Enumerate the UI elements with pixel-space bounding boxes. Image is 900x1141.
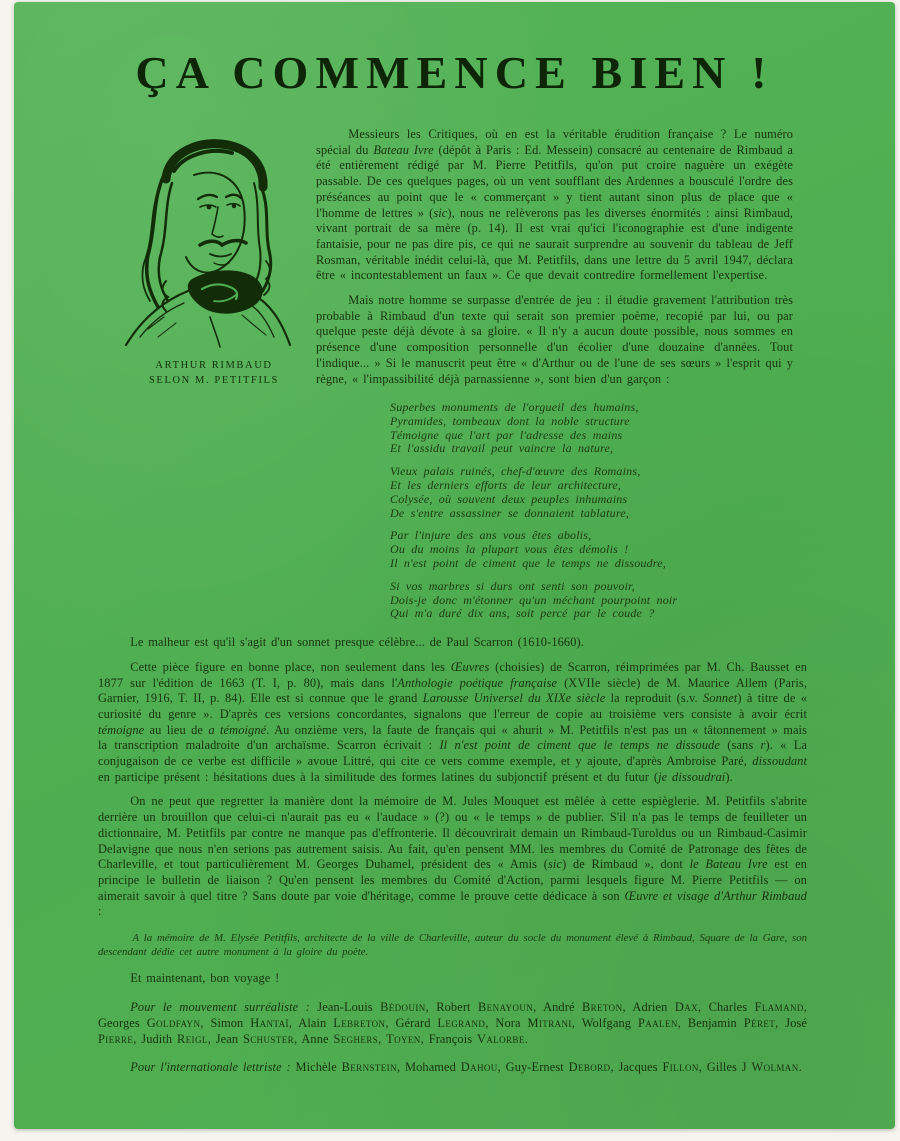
signatory-name: Debord — [569, 1060, 611, 1074]
signatory-name: Hantaï — [250, 1016, 289, 1030]
signatory-name: Goldfayn — [147, 1016, 201, 1030]
poem-stanza-1: Superbes monuments de l'orgueil des huma… — [390, 401, 807, 456]
paragraph-critiques: Messieurs les Critiques, où en est la vé… — [316, 127, 793, 284]
signatory-name: Dax — [675, 1000, 698, 1014]
paragraph-bon-voyage: Et maintenant, bon voyage ! — [98, 971, 807, 987]
emphasized-text: Larousse Universel du XIXe siècle — [423, 691, 606, 705]
emphasized-text: je dissoudrai — [658, 770, 725, 784]
signatory-name: Benayoun — [478, 1000, 533, 1014]
signatory-name: Paalen — [638, 1016, 678, 1030]
portrait-caption: ARTHUR RIMBAUD SELON M. PETITFILS — [114, 358, 314, 388]
signatory-name: Bédouin — [380, 1000, 426, 1014]
emphasized-text: Il n'est point de ciment que le temps ne… — [439, 738, 720, 752]
signatory-name: Flamand — [755, 1000, 804, 1014]
intro-section: ARTHUR RIMBAUD SELON M. PETITFILS Messie… — [98, 125, 807, 388]
poem-line: Dois-je donc m'étonner qu'un méchant pou… — [390, 594, 807, 608]
signatory-name: Breton — [582, 1000, 623, 1014]
emphasized-text: Pour l'internationale lettriste : — [130, 1060, 290, 1074]
emphasized-text: Œuvre et visage d'Arthur Rimbaud — [625, 889, 807, 903]
poem-line: Et l'assidu travail peut vaincre la natu… — [390, 442, 807, 456]
page-content: ARTHUR RIMBAUD SELON M. PETITFILS Messie… — [98, 125, 807, 1076]
poem-line: Ou du moins la plupart vous êtes démolis… — [390, 543, 807, 557]
emphasized-text: sic — [433, 206, 447, 220]
paragraph-attribution: Mais notre homme se surpasse d'entrée de… — [316, 293, 793, 387]
signatory-name: Schuster — [243, 1032, 294, 1046]
emphasized-text: Œuvres — [451, 660, 490, 674]
dedication-quote: A la mémoire de M. Elysée Petitfils, arc… — [98, 931, 807, 959]
poem-line: Qui m'a duré dix ans, soit percé par le … — [390, 607, 807, 621]
portrait-caption-line1: ARTHUR RIMBAUD — [114, 358, 314, 373]
signatory-name: Bernstein — [342, 1060, 397, 1074]
intro-column: Messieurs les Critiques, où en est la vé… — [314, 125, 807, 388]
paragraph-scarron-reveal: Le malheur est qu'il s'agit d'un sonnet … — [98, 635, 807, 651]
signatory-name: Reigl — [177, 1032, 208, 1046]
signatory-name: Fillon — [662, 1060, 698, 1074]
rimbaud-portrait-drawing — [114, 131, 300, 349]
poem-sonnet: Superbes monuments de l'orgueil des huma… — [390, 401, 807, 621]
poem-line: Si vos marbres si durs ont senti son pou… — [390, 580, 807, 594]
poem-line: Et les derniers efforts de leur architec… — [390, 479, 807, 493]
poem-line: Vieux palais ruinés, chef-d'œuvre des Ro… — [390, 465, 807, 479]
portrait-caption-line2: SELON M. PETITFILS — [114, 373, 314, 388]
emphasized-text: Pour le mouvement surréaliste : — [130, 1000, 310, 1014]
poem-line: Colysée, où souvent deux peuples inhumai… — [390, 493, 807, 507]
signatory-name: Pierre — [98, 1032, 133, 1046]
emphasized-text: r — [761, 738, 766, 752]
poem-line: Pyramides, tombeaux dont la noble struct… — [390, 415, 807, 429]
poem-line: Témoigne que l'art par l'adresse des mai… — [390, 429, 807, 443]
poem-line: Il n'est point de ciment que le temps ne… — [390, 557, 807, 571]
signatory-name: Wolman — [752, 1060, 799, 1074]
tract-sheet: ÇA COMMENCE BIEN ! — [14, 2, 895, 1129]
portrait-figure: ARTHUR RIMBAUD SELON M. PETITFILS — [114, 131, 314, 388]
scan-backdrop: ÇA COMMENCE BIEN ! — [0, 0, 900, 1141]
paragraph-mouquet: On ne peut que regretter la manière dont… — [98, 794, 807, 920]
signatory-name: Seghers — [333, 1032, 378, 1046]
poem-line: Superbes monuments de l'orgueil des huma… — [390, 401, 807, 415]
emphasized-text: témoigne — [98, 723, 144, 737]
paragraph-sources: Cette pièce figure en bonne place, non s… — [98, 660, 807, 786]
signatory-name: Valorbe — [477, 1032, 525, 1046]
poem-stanza-2: Vieux palais ruinés, chef-d'œuvre des Ro… — [390, 465, 807, 520]
signatory-name: Legrand — [437, 1016, 485, 1030]
emphasized-text: Sonnet — [703, 691, 737, 705]
signatory-name: Lebreton — [333, 1016, 385, 1030]
signatory-name: Toyen — [386, 1032, 421, 1046]
emphasized-text: Anthologie poétique française — [397, 676, 557, 690]
emphasized-text: sic — [548, 857, 562, 871]
poem-line: Par l'injure des ans vous êtes abolis, — [390, 529, 807, 543]
signatory-name: Mitrani — [527, 1016, 571, 1030]
signatory-name: Péret — [744, 1016, 775, 1030]
poem-stanza-4: Si vos marbres si durs ont senti son pou… — [390, 580, 807, 621]
emphasized-text: Bateau Ivre — [373, 143, 433, 157]
signatories-surrealist: Pour le mouvement surréaliste : Jean-Lou… — [98, 999, 807, 1048]
signatories-lettrist: Pour l'internationale lettriste : Michèl… — [98, 1059, 807, 1075]
emphasized-text: a témoigné — [208, 723, 266, 737]
signatory-name: Dahou — [461, 1060, 498, 1074]
emphasized-text: dissoudant — [752, 754, 807, 768]
emphasized-text: le Bateau Ivre — [690, 857, 768, 871]
page-title: ÇA COMMENCE BIEN ! — [14, 46, 895, 99]
poem-line: De s'entre assassiner se donnaient tabla… — [390, 507, 807, 521]
poem-stanza-3: Par l'injure des ans vous êtes abolis,Ou… — [390, 529, 807, 570]
